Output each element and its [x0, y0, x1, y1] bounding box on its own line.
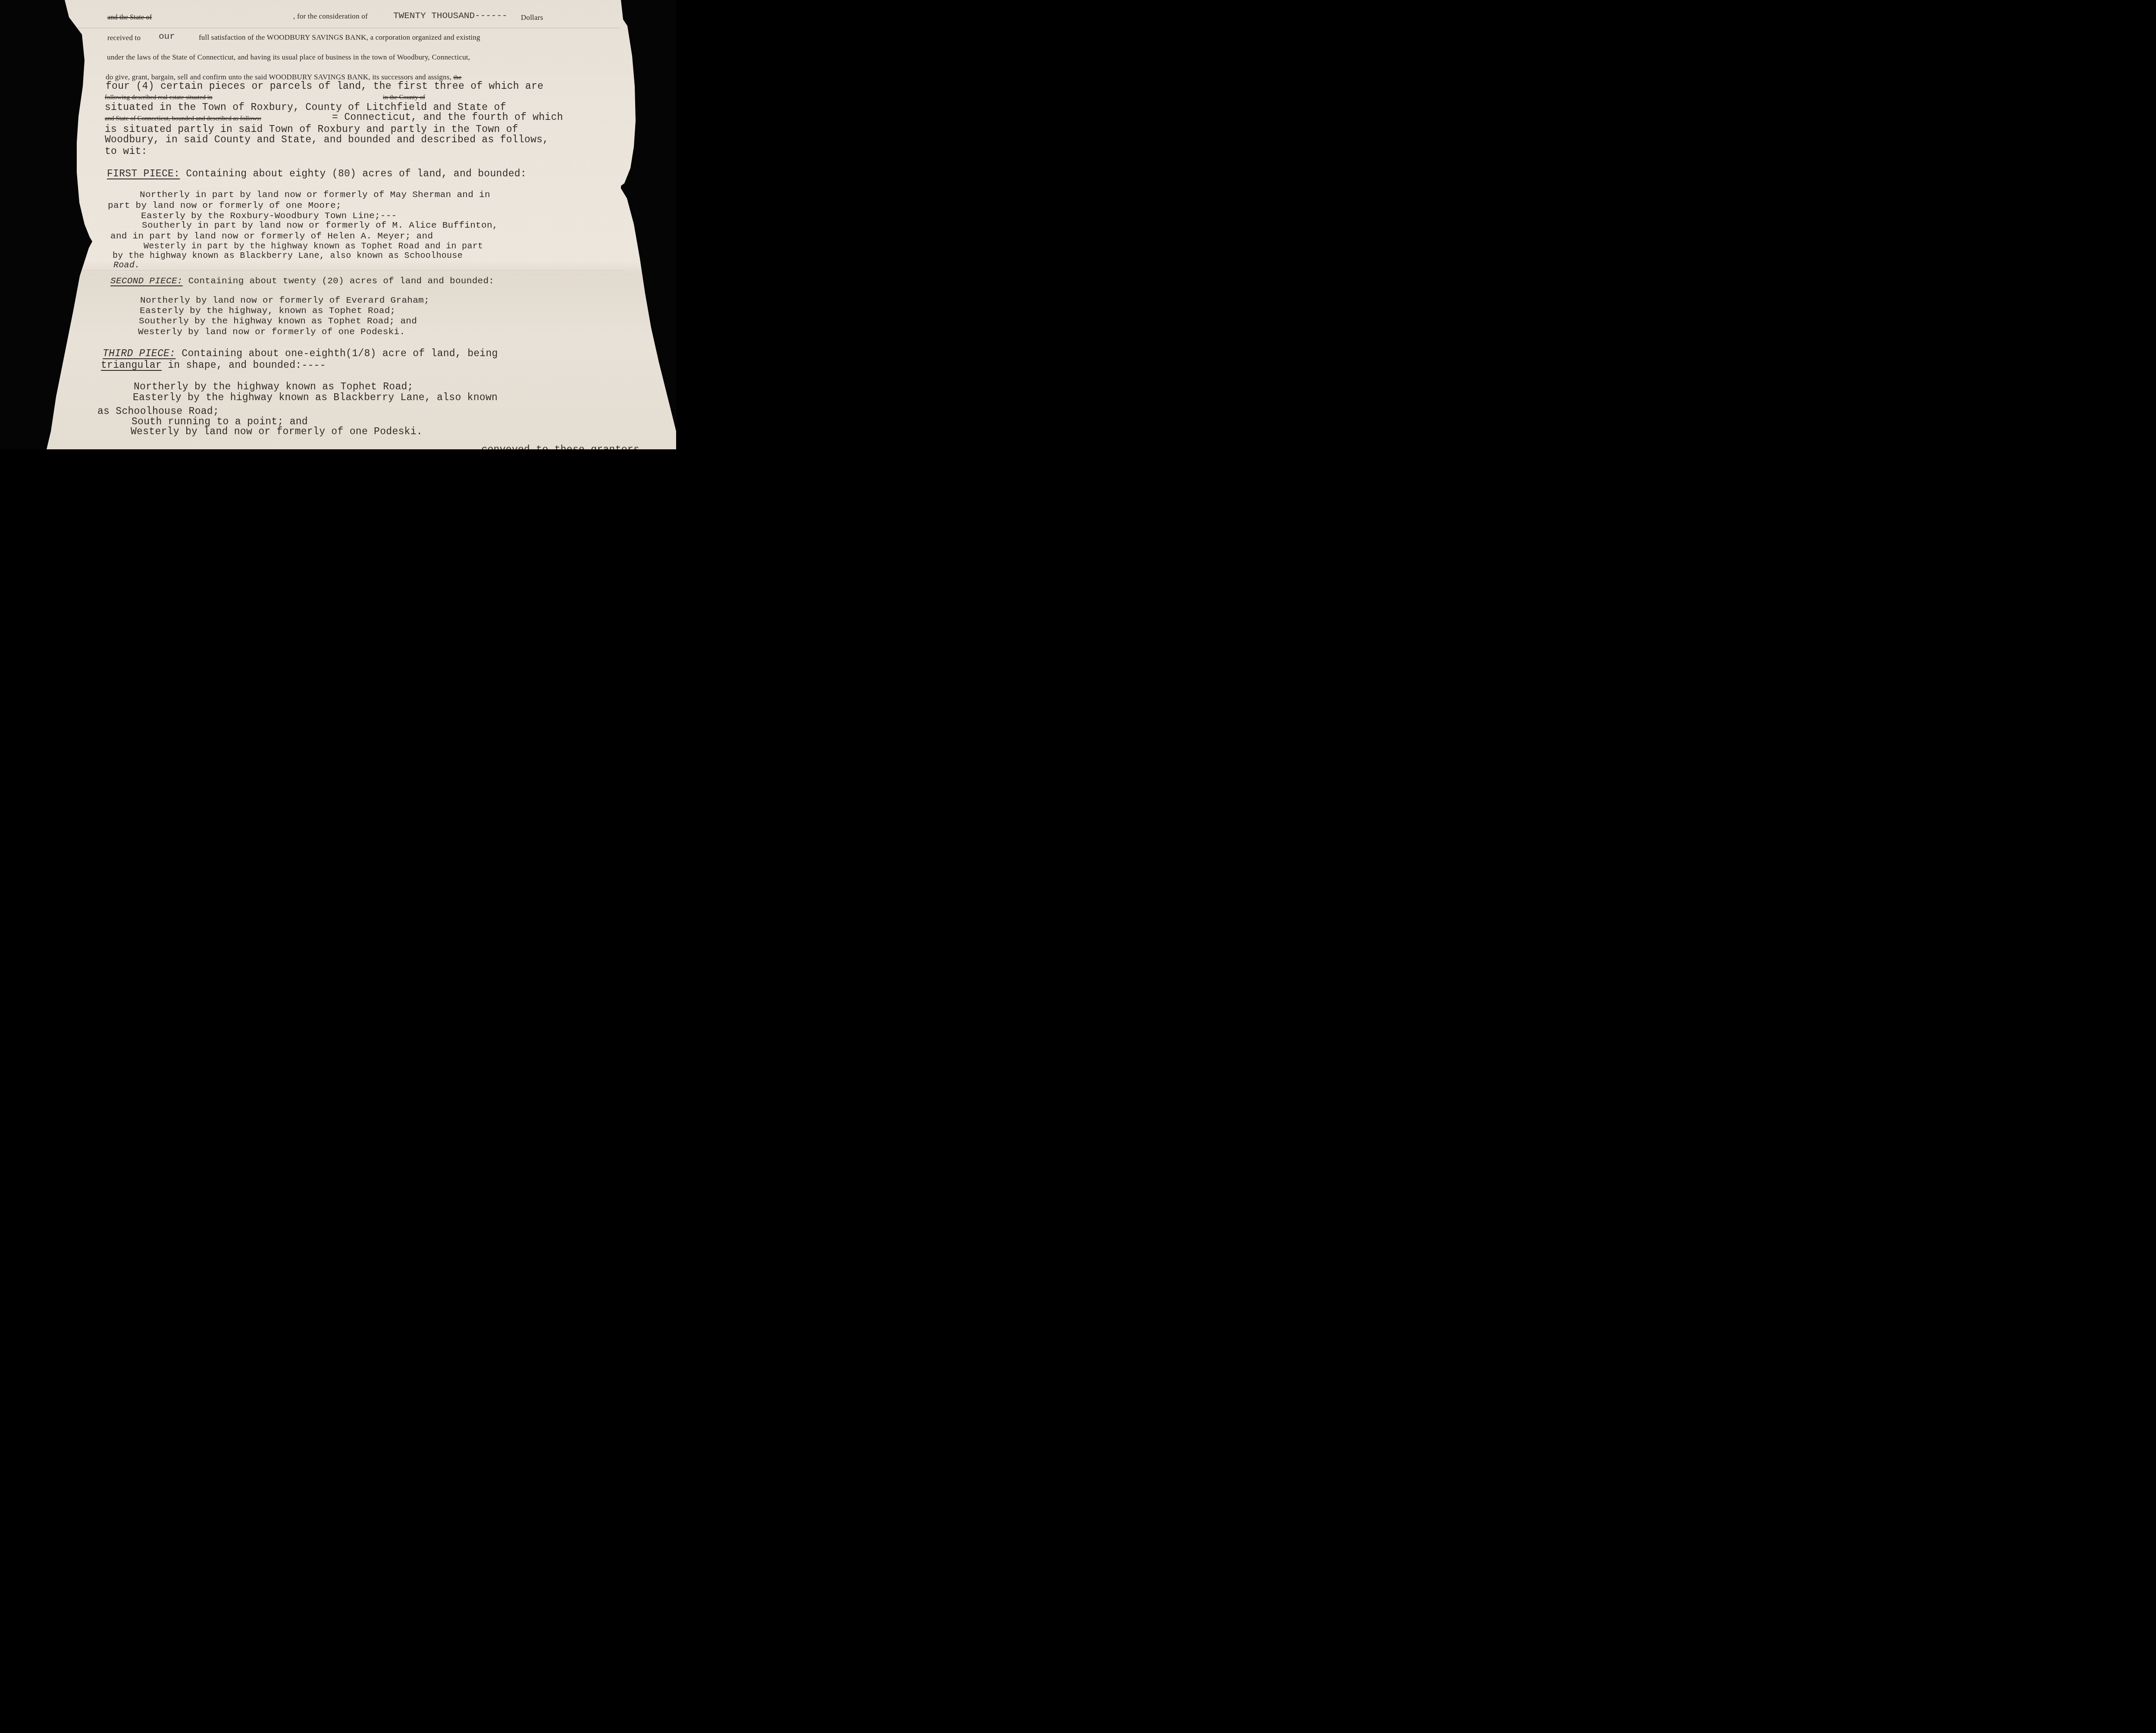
consideration-label: , for the consideration of	[293, 12, 368, 21]
second-piece-line: Southerly by the highway known as Tophet…	[139, 317, 417, 326]
struck-line-1b: in the County of	[383, 94, 425, 101]
struck-county: in the County of	[383, 94, 425, 101]
first-piece-line: Northerly in part by land now or formerl…	[140, 190, 490, 200]
struck-text: and the State of	[107, 14, 152, 21]
cutoff-line: ... conveyed to these grantors	[457, 444, 639, 449]
first-piece-line: by the highway known as Blackberry Lane,…	[113, 251, 463, 261]
typed-intro-line-3: = Connecticut, and the fourth of which	[332, 112, 563, 123]
first-piece-line: Easterly by the Roxbury-Woodbury Town Li…	[141, 211, 397, 221]
form-line-1: and the State of	[107, 13, 152, 22]
second-piece-heading-line: SECOND PIECE: Containing about twenty (2…	[110, 276, 494, 286]
typed-intro-line-1: four (4) certain pieces or parcels of la…	[106, 81, 543, 92]
grant-text-body: do give, grant, bargain, sell and confir…	[106, 73, 451, 81]
struck-following: following described real estate situated…	[105, 94, 213, 101]
typed-intro-line-5: Woodbury, in said County and State, and …	[105, 134, 548, 145]
third-piece-intro: Containing about one-eighth(1/8) acre of…	[182, 348, 498, 359]
received-to-fill: our	[159, 32, 175, 42]
struck-line-2: and State of Connecticut, bounded and de…	[105, 115, 261, 122]
typed-intro-line-4: is situated partly in said Town of Roxbu…	[105, 124, 518, 135]
dollars-label: Dollars	[521, 13, 543, 22]
consideration-amount: TWENTY THOUSAND------	[393, 11, 508, 21]
third-piece-heading: THIRD PIECE:	[103, 348, 175, 359]
second-piece-heading: SECOND PIECE:	[110, 276, 183, 286]
first-piece-line: Road.	[113, 260, 140, 270]
third-piece-line: Northerly by the highway known as Tophet…	[134, 381, 414, 392]
struck-line-1a: following described real estate situated…	[105, 94, 213, 101]
struck-the: the	[453, 74, 461, 81]
third-piece-heading-line: THIRD PIECE: Containing about one-eighth…	[103, 348, 498, 359]
paper-fold-middle	[82, 269, 624, 270]
laws-text: under the laws of the State of Connectic…	[107, 53, 470, 62]
second-piece-line: Westerly by land now or formerly of one …	[138, 327, 405, 337]
paper-fold-top	[73, 28, 620, 28]
received-to-label: received to	[107, 34, 141, 42]
second-piece-line: Northerly by land now or formerly of Eve…	[140, 296, 429, 306]
first-piece-heading-line: FIRST PIECE: Containing about eighty (80…	[107, 168, 526, 179]
struck-state: and State of Connecticut, bounded and de…	[105, 115, 261, 122]
first-piece-intro: Containing about eighty (80) acres of la…	[186, 168, 526, 179]
third-piece-intro-line-2: triangular in shape, and bounded:----	[101, 360, 326, 371]
triangular-word: triangular	[101, 360, 162, 371]
first-piece-line: part by land now or formerly of one Moor…	[108, 201, 342, 211]
third-piece-intro-rest: in shape, and bounded:----	[162, 360, 326, 371]
second-piece-line: Easterly by the highway, known as Tophet…	[140, 306, 396, 316]
first-piece-heading: FIRST PIECE:	[107, 168, 180, 179]
third-piece-line: Westerly by land now or formerly of one …	[131, 426, 423, 437]
satisfaction-text: full satisfaction of the WOODBURY SAVING…	[199, 33, 480, 42]
third-piece-line: as Schoolhouse Road;	[97, 406, 219, 417]
typed-intro-line-6: to wit:	[105, 146, 147, 157]
grant-text: do give, grant, bargain, sell and confir…	[106, 73, 461, 81]
first-piece-line: and in part by land now or formerly of H…	[110, 232, 433, 241]
deed-page: and the State of , for the consideration…	[0, 0, 676, 449]
first-piece-line: Southerly in part by land now or formerl…	[142, 221, 498, 231]
first-piece-line: Westerly in part by the highway known as…	[144, 241, 483, 251]
third-piece-line: Easterly by the highway known as Blackbe…	[133, 392, 498, 403]
second-piece-intro: Containing about twenty (20) acres of la…	[188, 276, 495, 286]
